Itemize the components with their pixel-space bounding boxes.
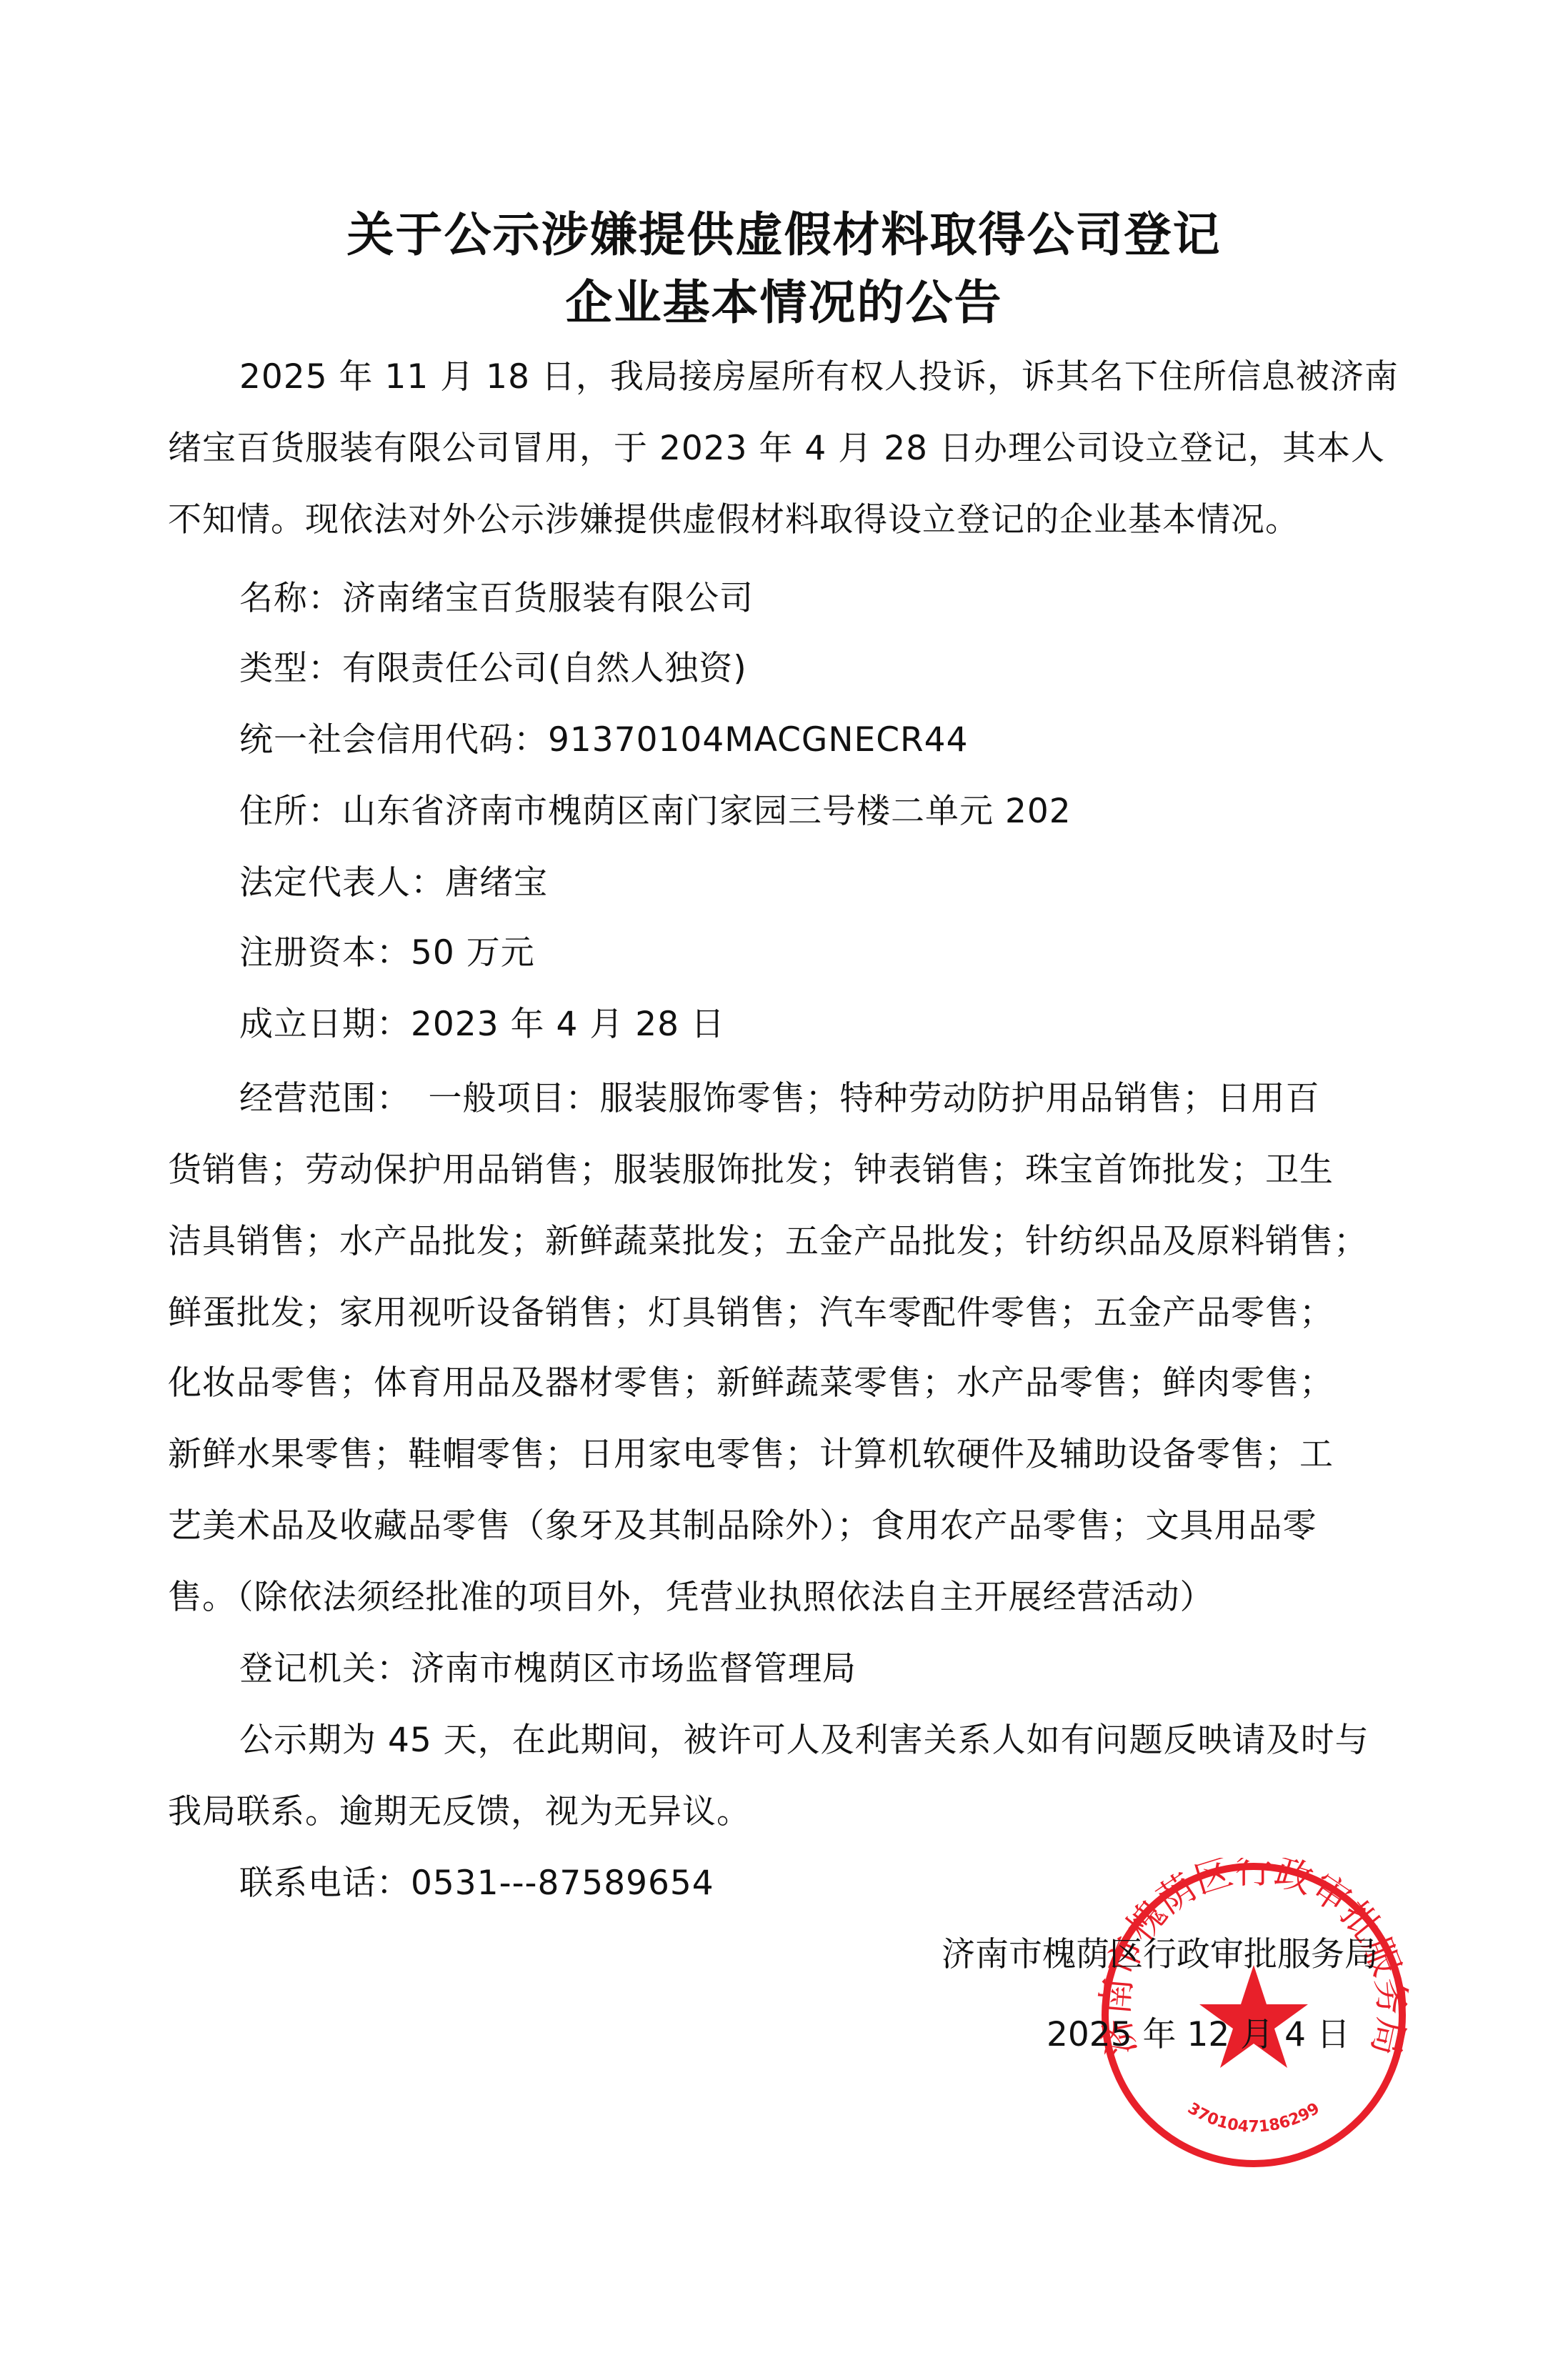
scope-line-6: 新鲜水果零售；鞋帽零售；日用家电零售；计算机软硬件及辅助设备零售；工: [168, 1428, 1334, 1476]
intro-line-2: 绪宝百货服装有限公司冒用，于 2023 年 4 月 28 日办理公司设立登记，其…: [168, 422, 1385, 469]
registrar: 登记机关：济南市槐荫区市场监督管理局: [239, 1642, 857, 1690]
notice-line-1: 公示期为 45 天，在此期间，被许可人及利害关系人如有问题反映请及时与: [239, 1713, 1369, 1761]
scope-line-1: 经营范围： 一般项目：服装服饰零售；特种劳动防护用品销售；日用百: [239, 1072, 1320, 1120]
contact-phone: 联系电话：0531---87589654: [239, 1856, 714, 1904]
scope-line-5: 化妆品零售；体育用品及器材零售；新鲜蔬菜零售；水产品零售；鲜肉零售；: [168, 1356, 1334, 1404]
intro-line-1: 2025 年 11 月 18 日，我局接房屋所有权人投诉，诉其名下住所信息被济南: [239, 350, 1399, 398]
scope-line-7: 艺美术品及收藏品零售（象牙及其制品除外）；食用农产品零售；文具用品零: [168, 1499, 1317, 1547]
field-established: 成立日期：2023 年 4 月 28 日: [239, 998, 725, 1045]
notice-line-2: 我局联系。逾期无反馈，视为无异议。: [168, 1785, 751, 1833]
field-capital: 注册资本：50 万元: [239, 926, 535, 974]
signature-date: 2025 年 12 月 4 日: [1047, 2008, 1350, 2056]
field-credit-code: 统一社会信用代码：91370104MACGNECR44: [239, 713, 968, 761]
field-address: 住所：山东省济南市槐荫区南门家园三号楼二单元 202: [239, 785, 1072, 832]
signature-org: 济南市槐荫区行政审批服务局: [942, 1928, 1378, 1976]
scope-line-4: 鲜蛋批发；家用视听设备销售；灯具销售；汽车零配件零售；五金产品零售；: [168, 1286, 1334, 1334]
scope-line-8: 售。（除依法须经批准的项目外，凭营业执照依法自主开展经营活动）: [168, 1571, 1214, 1618]
title-line-2: 企业基本情况的公告: [0, 264, 1568, 332]
field-type: 类型：有限责任公司(自然人独资): [239, 642, 747, 690]
svg-text:3701047186299: 3701047186299: [1184, 2099, 1323, 2136]
scope-line-2: 货销售；劳动保护用品销售；服装服饰批发；钟表销售；珠宝首饰批发；卫生: [168, 1143, 1334, 1191]
scope-line-3: 洁具销售；水产品批发；新鲜蔬菜批发；五金产品批发；针纺织品及原料销售；: [168, 1215, 1368, 1263]
intro-line-3: 不知情。现依法对外公示涉嫌提供虚假材料取得设立登记的企业基本情况。: [168, 493, 1299, 541]
field-name: 名称：济南绪宝百货服装有限公司: [239, 572, 754, 620]
title-line-1: 关于公示涉嫌提供虚假材料取得公司登记: [0, 196, 1568, 264]
field-legal-rep: 法定代表人：唐绪宝: [239, 856, 548, 904]
